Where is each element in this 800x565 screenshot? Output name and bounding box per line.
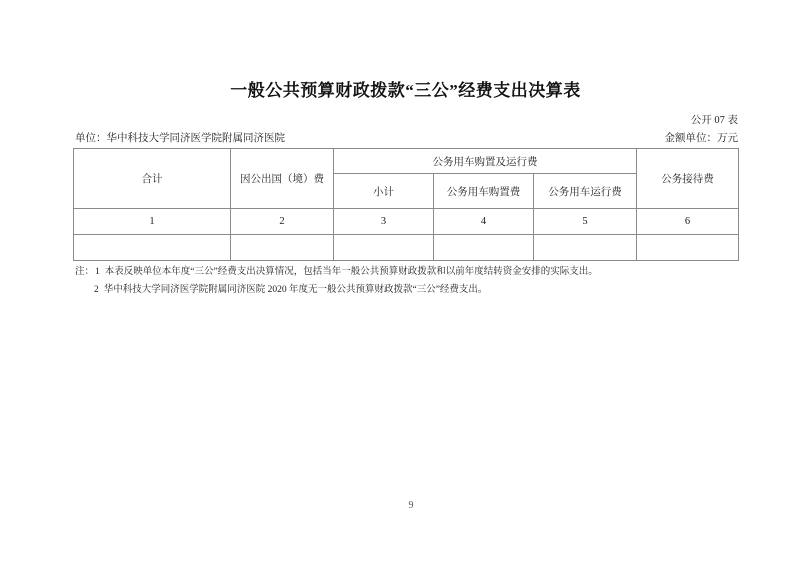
col-header-vehicle-purchase: 公务用车购置费 — [434, 174, 534, 209]
data-cell — [434, 235, 534, 261]
data-cell — [74, 235, 231, 261]
data-cell — [231, 235, 334, 261]
col-header-vehicle-group: 公务用车购置及运行费 — [334, 149, 637, 174]
fiscal-table: 合计 因公出国（境）费 公务用车购置及运行费 公务接待费 小计 公务用车购置费 … — [73, 148, 739, 261]
col-header-total: 合计 — [74, 149, 231, 209]
col-header-abroad: 因公出国（境）费 — [231, 149, 334, 209]
footnote-2: 2华中科技大学同济医学院附属同济医院 2020 年度无一般公共预算财政拨款“三公… — [75, 281, 735, 299]
unit-line: 单位：华中科技大学同济医学院附属同济医院 — [75, 130, 285, 145]
col-header-reception: 公务接待费 — [637, 149, 739, 209]
code-cell: 6 — [637, 209, 739, 235]
code-cell: 3 — [334, 209, 434, 235]
data-cell — [637, 235, 739, 261]
footnote-text: 华中科技大学同济医学院附属同济医院 2020 年度无一般公共预算财政拨款“三公”… — [104, 285, 488, 295]
footnotes: 注：1本表反映单位本年度“三公”经费支出决算情况，包括当年一般公共预算财政拨款和… — [75, 263, 735, 299]
meta-row: 单位：华中科技大学同济医学院附属同济医院 金额单位：万元 — [75, 130, 738, 145]
table-data-row — [74, 235, 739, 261]
table-code-label: 公开 07 表 — [691, 112, 738, 127]
col-header-vehicle-operation: 公务用车运行费 — [534, 174, 637, 209]
footnote-prefix: 注： — [75, 267, 94, 277]
document-page: 一般公共预算财政拨款“三公”经费支出决算表 公开 07 表 单位：华中科技大学同… — [0, 0, 800, 565]
footnote-number: 1 — [95, 267, 100, 277]
amount-unit-line: 金额单位：万元 — [665, 130, 739, 145]
footnote-number: 2 — [94, 285, 99, 295]
footnote-1: 注：1本表反映单位本年度“三公”经费支出决算情况，包括当年一般公共预算财政拨款和… — [75, 263, 735, 281]
data-cell — [534, 235, 637, 261]
code-cell: 5 — [534, 209, 637, 235]
page-number: 9 — [0, 500, 800, 511]
code-cell: 2 — [231, 209, 334, 235]
footnote-text: 本表反映单位本年度“三公”经费支出决算情况，包括当年一般公共预算财政拨款和以前年… — [105, 267, 598, 277]
table-header-row-1: 合计 因公出国（境）费 公务用车购置及运行费 公务接待费 — [74, 149, 739, 174]
code-cell: 4 — [434, 209, 534, 235]
data-cell — [334, 235, 434, 261]
column-code-row: 1 2 3 4 5 6 — [74, 209, 739, 235]
col-header-vehicle-subtotal: 小计 — [334, 174, 434, 209]
page-title: 一般公共预算财政拨款“三公”经费支出决算表 — [73, 76, 738, 101]
code-cell: 1 — [74, 209, 231, 235]
